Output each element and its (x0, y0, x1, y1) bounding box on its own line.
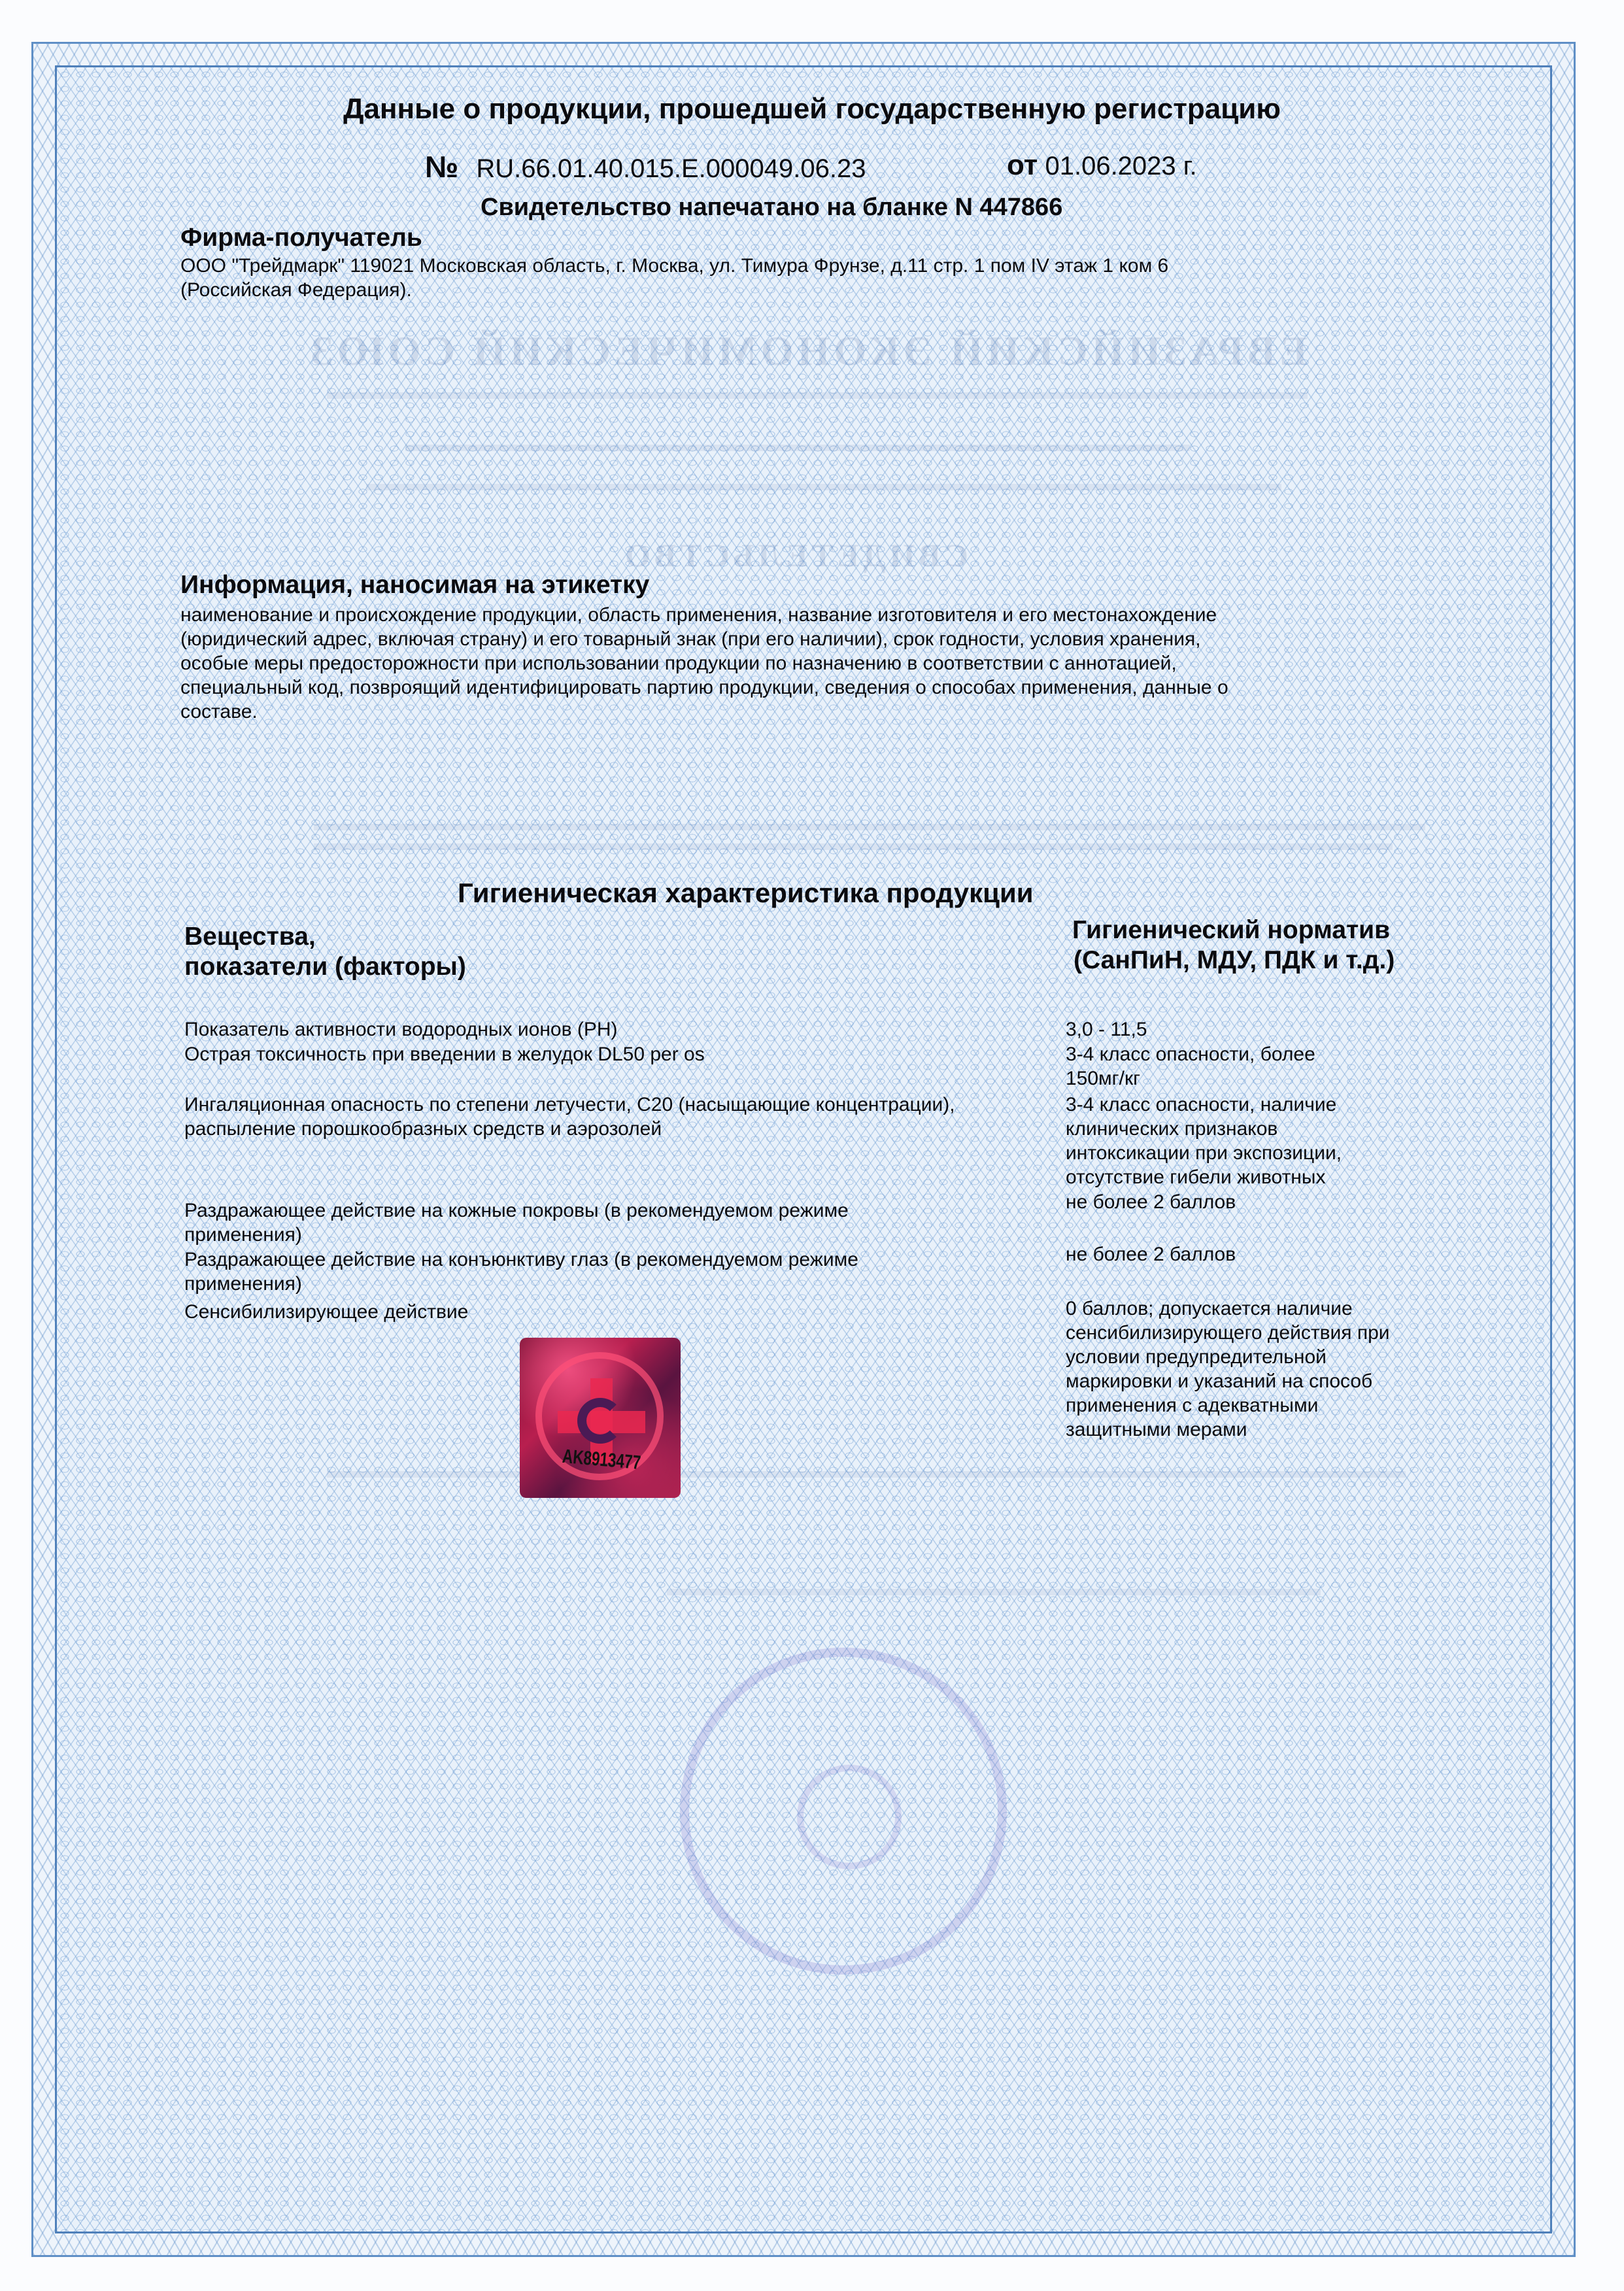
show-through-line (314, 824, 1425, 830)
text-line: отсутствие гибели животных (1066, 1165, 1458, 1189)
text-line: Гигиенический норматив (1072, 915, 1395, 945)
text-line: особые меры предосторожности при использ… (180, 651, 1228, 675)
number-label: № (425, 150, 458, 184)
text-line: 3-4 класс опасности, более (1066, 1042, 1458, 1066)
text-line: клинических признаков (1066, 1117, 1458, 1141)
registration-number-line: № RU.66.01.40.015.E.000049.06.23 (425, 149, 866, 184)
text-line: (СанПиН, МДУ, ПДК и т.д.) (1072, 945, 1395, 976)
text-line: применения) (184, 1223, 1067, 1247)
show-through-line (327, 1471, 1406, 1478)
recipient-heading: Фирма-получатель (180, 224, 422, 252)
text-line: ООО "Трейдмарк" 119021 Московская област… (180, 254, 1168, 278)
text-line: маркировки и указаний на способ (1066, 1369, 1458, 1393)
label-info-text: наименование и происхождение продукции, … (180, 603, 1228, 724)
show-through-line (667, 1589, 1321, 1595)
hologram-sticker: AK8913477 (520, 1338, 681, 1498)
text-line: условии предупредительной (1066, 1345, 1458, 1369)
text-line: 3-4 класс опасности, наличие (1066, 1093, 1458, 1117)
factor-row-skin: Раздражающее действие на кожные покровы … (184, 1198, 1067, 1247)
factor-row-sensitization: Сенсибилизирующее действие (184, 1300, 1067, 1324)
registration-number: RU.66.01.40.015.E.000049.06.23 (476, 154, 866, 183)
norm-row-ph: 3,0 - 11,5 (1066, 1017, 1458, 1042)
factor-row-eyes: Раздражающее действие на конъюнктиву гла… (184, 1247, 1067, 1296)
text-line: 150мг/кг (1066, 1066, 1458, 1091)
text-line: Сенсибилизирующее действие (184, 1300, 1067, 1324)
norm-row-skin: не более 2 баллов (1066, 1190, 1458, 1214)
text-line: (Российская Федерация). (180, 278, 1168, 302)
text-line: Ингаляционная опасность по степени летуч… (184, 1093, 1067, 1117)
text-line: не более 2 баллов (1066, 1190, 1458, 1214)
text-line: специальный код, позвроящий идентифициро… (180, 675, 1228, 700)
norm-row-inhalation: 3-4 класс опасности, наличиеклинических … (1066, 1093, 1458, 1189)
seal-stamp-show-through (680, 1648, 1007, 1975)
document-title: Данные о продукции, прошедшей государств… (0, 93, 1624, 126)
norm-row-eyes: не более 2 баллов (1066, 1242, 1458, 1266)
hygiene-heading: Гигиеническая характеристика продукции (458, 877, 1034, 909)
text-line: Раздражающее действие на кожные покровы … (184, 1198, 1067, 1223)
blank-number: Свидетельство напечатано на бланке N 447… (481, 194, 1062, 222)
text-line: распыление порошкообразных средств и аэр… (184, 1117, 1067, 1141)
norm-row-sensitization: 0 баллов; допускается наличиесенсибилизи… (1066, 1297, 1458, 1442)
factor-row-ph: Показатель активности водородных ионов (… (184, 1017, 1067, 1042)
text-line: Вещества, (184, 922, 466, 952)
show-through-line (327, 392, 1308, 399)
text-line: наименование и происхождение продукции, … (180, 603, 1228, 627)
label-info-heading: Информация, наносимая на этикетку (180, 571, 649, 600)
show-through-line (366, 484, 1281, 490)
text-line: Показатель активности водородных ионов (… (184, 1017, 1067, 1042)
text-line: интоксикации при экспозиции, (1066, 1141, 1458, 1165)
text-line: составе. (180, 700, 1228, 724)
text-line: применения) (184, 1272, 1067, 1296)
factor-row-toxicity: Острая токсичность при введении в желудо… (184, 1042, 1067, 1066)
factors-column-header: Вещества, показатели (факторы) (184, 922, 466, 982)
text-line: 0 баллов; допускается наличие (1066, 1297, 1458, 1321)
text-line: (юридический адрес, включая страну) и ег… (180, 627, 1228, 651)
registration-date: 01.06.2023 г. (1045, 152, 1196, 180)
text-line: не более 2 баллов (1066, 1242, 1458, 1266)
text-line: применения с адекватными (1066, 1393, 1458, 1417)
show-through-line (405, 445, 1190, 451)
text-line: сенсибилизирующего действия при (1066, 1321, 1458, 1345)
text-line: показатели (факторы) (184, 952, 466, 982)
text-line: Раздражающее действие на конъюнктиву гла… (184, 1247, 1067, 1272)
text-line: защитными мерами (1066, 1417, 1458, 1442)
show-through-text: СВИДЕТЕЛЬСТВО (621, 536, 968, 574)
show-through-line (314, 843, 1393, 850)
text-line: 3,0 - 11,5 (1066, 1017, 1458, 1042)
hologram-c-emblem-icon (577, 1398, 623, 1444)
norms-column-header: Гигиенический норматив (СанПиН, МДУ, ПДК… (1072, 915, 1395, 976)
registration-date-line: от 01.06.2023 г. (1007, 149, 1197, 182)
text-line: Острая токсичность при введении в желудо… (184, 1042, 1067, 1066)
show-through-text: ЕВРАЗИЙСКИЙ ЭКОНОМИЧЕСКИЙ СОЮЗ (307, 327, 1308, 375)
norm-row-toxicity: 3-4 класс опасности, более150мг/кг (1066, 1042, 1458, 1091)
recipient-address: ООО "Трейдмарк" 119021 Московская област… (180, 254, 1168, 302)
factor-row-inhalation: Ингаляционная опасность по степени летуч… (184, 1093, 1067, 1141)
date-label: от (1007, 149, 1038, 181)
